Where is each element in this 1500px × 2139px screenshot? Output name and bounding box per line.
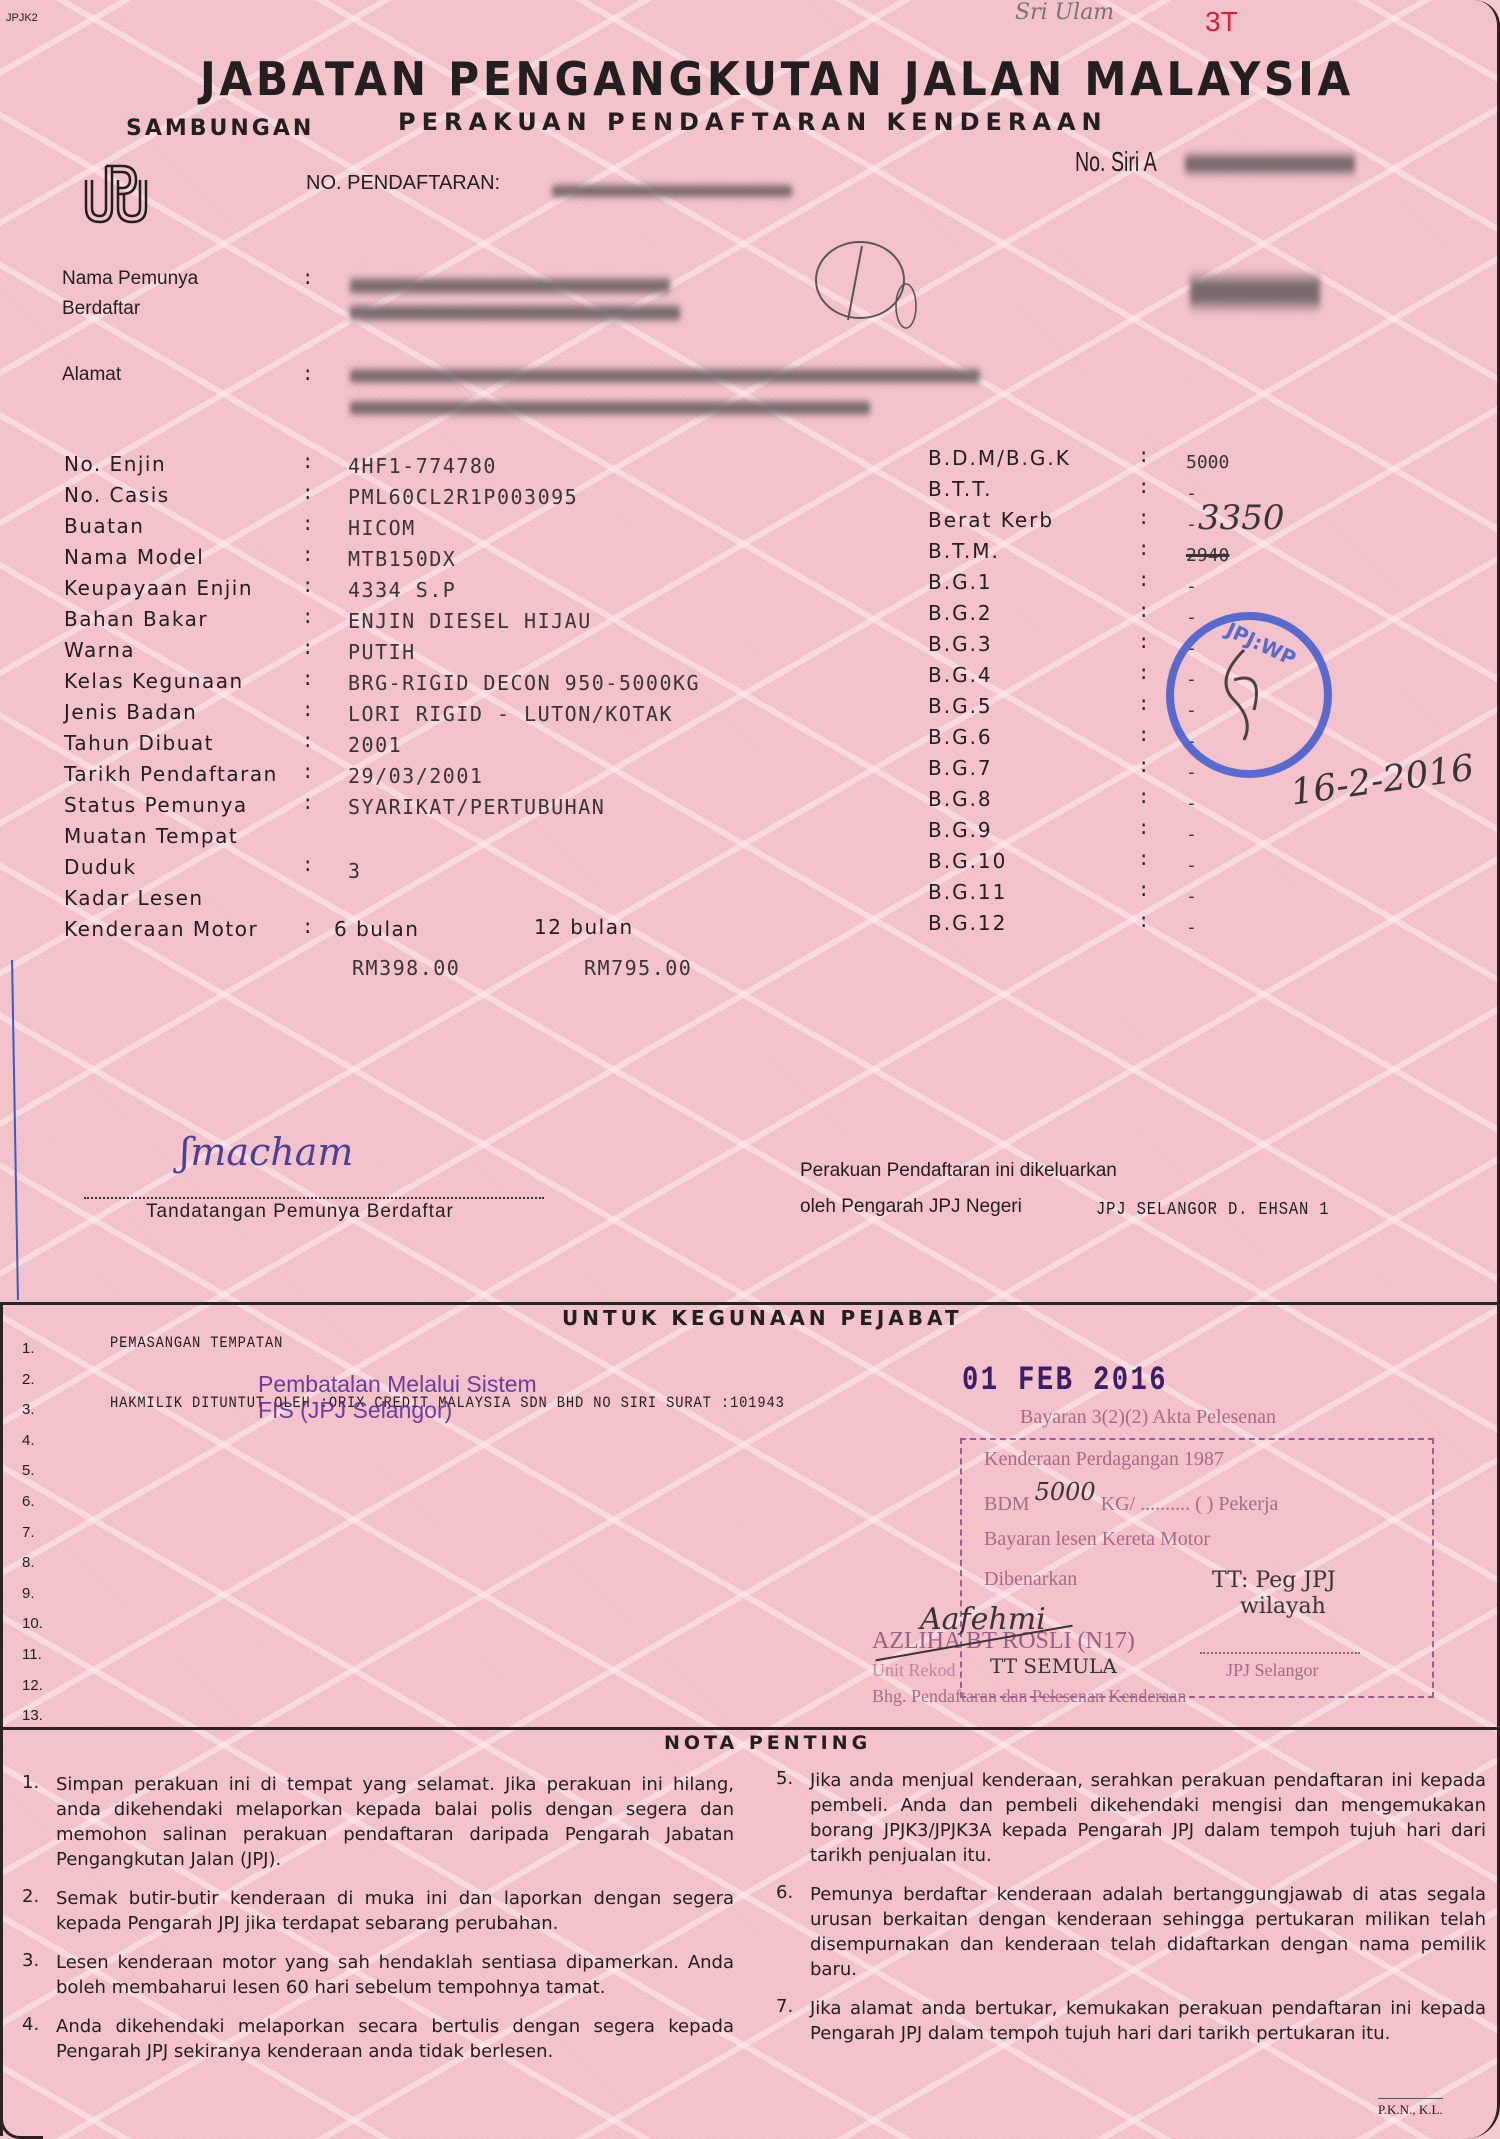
weight-label: B.G.10 (928, 849, 1007, 873)
note-number: 6. (776, 1882, 810, 1982)
bg-value: - (1186, 576, 1197, 597)
box-stamp-bdm-line: BDM 5000 KG/ .......... ( ) Pekerja (984, 1488, 1278, 1516)
weight-label: B.G.11 (928, 880, 1007, 904)
weight-label: B.G.12 (928, 911, 1007, 935)
box-stamp-line-4: Bayaran lesen Kereta Motor (984, 1528, 1210, 1551)
weight-label: B.T.T. (928, 477, 992, 501)
line-number: 8. (22, 1554, 62, 1585)
office-line-numbers: 1. 2. 3. 4. 5. 6. 7. 8. 9. 10. 11. 12. 1… (22, 1340, 62, 1738)
colon: : (1138, 508, 1149, 530)
license-period-12: 12 bulan (534, 915, 634, 939)
bg-value: - (1186, 917, 1197, 938)
bg-value: - (1186, 886, 1197, 907)
note-text: Jika alamat anda bertukar, kemukakan per… (810, 1996, 1486, 2046)
owner-name-label: Nama Pemunya (62, 268, 198, 290)
cancellation-stamp-line-2: FIS (JPJ Selangor) (258, 1398, 452, 1423)
field-label: Muatan Tempat (64, 824, 238, 848)
field-row-engine-capacity: Keupayaan Enjin:4334 S.P (64, 576, 764, 607)
weight-label: B.G.2 (928, 601, 993, 625)
bg-value: - (1186, 607, 1197, 628)
form-code: JPJK2 (6, 12, 38, 24)
line-number: 5. (22, 1462, 62, 1493)
colon: : (302, 514, 313, 536)
field-row-owner-status: Status Pemunya:SYARIKAT/PERTUBUHAN (64, 793, 764, 824)
body-type-value: LORI RIGID - LUTON/KOTAK (348, 702, 673, 726)
line-number: 3. (22, 1401, 62, 1432)
field-label: Keupayaan Enjin (64, 576, 253, 600)
page-title: JABATAN PENGANGKUTAN JALAN MALAYSIA (200, 52, 1354, 106)
weight-label: Berat Kerb (928, 508, 1054, 532)
colon: : (302, 483, 313, 505)
colon: : (302, 917, 313, 939)
colon: : (1138, 601, 1149, 623)
notes-left-column: 1.Simpan perakuan ini di tempat yang sel… (22, 1772, 734, 2078)
colon: : (1138, 756, 1149, 778)
field-row-make: Buatan:HICOM (64, 514, 764, 545)
vehicle-details-list: No. Enjin:4HF1-774780 No. Casis:PML60CL2… (64, 452, 764, 979)
handwritten-tt-line-2: wilayah (1240, 1594, 1326, 1619)
line-number: 4. (22, 1432, 62, 1463)
signature-label: Tandatangan Pemunya Berdaftar (146, 1201, 454, 1223)
pencil-annotation: Sri Ulam (1015, 0, 1114, 25)
address-label: Alamat (62, 364, 121, 386)
weight-label: B.G.5 (928, 694, 993, 718)
field-label: Tarikh Pendaftaran (64, 762, 278, 786)
owner-name-label-2: Berdaftar (62, 298, 140, 320)
field-row-seating-1: Muatan Tempat (64, 824, 764, 855)
field-row-seating-2: Duduk:3 (64, 855, 764, 886)
model-value: MTB150DX (348, 547, 456, 571)
issued-by-line-2: oleh Pengarah JPJ Negeri (800, 1196, 1022, 1218)
note-item: 2.Semak butir-butir kenderaan di muka in… (22, 1886, 734, 1936)
line-number: 7. (22, 1524, 62, 1555)
note-item: 6.Pemunya berdaftar kenderaan adalah ber… (776, 1882, 1486, 1982)
bg-value: - (1186, 762, 1197, 783)
weight-label: B.D.M/B.G.K (928, 446, 1071, 470)
office-use-heading: UNTUK KEGUNAAN PEJABAT (562, 1306, 963, 1330)
colon: : (302, 607, 313, 629)
colon: : (1138, 818, 1149, 840)
field-label: Jenis Badan (64, 700, 197, 724)
kerb-weight-value: - (1186, 514, 1197, 535)
sambungan-label: SAMBUNGAN (126, 116, 314, 141)
colon: : (302, 855, 313, 877)
owner-name-redacted (350, 275, 670, 297)
page-subtitle: PERAKUAN PENDAFTARAN KENDERAAN (398, 108, 1108, 136)
note-text: Pemunya berdaftar kenderaan adalah berta… (810, 1882, 1486, 1982)
owner-signature: ʃmacham (180, 1130, 353, 1174)
weight-row: B.G.10:- (928, 849, 1388, 880)
bdm-suffix: KG/ .......... ( ) Pekerja (1101, 1493, 1279, 1515)
seating-value: 3 (348, 859, 362, 883)
weight-row: B.G.9:- (928, 818, 1388, 849)
field-label: Kadar Lesen (64, 886, 204, 910)
field-label: Buatan (64, 514, 144, 538)
line-number: 10. (22, 1615, 62, 1646)
field-label: Tahun Dibuat (64, 731, 214, 755)
colour-value: PUTIH (348, 640, 416, 664)
line-number: 9. (22, 1585, 62, 1616)
field-row-year: Tahun Dibuat:2001 (64, 731, 764, 762)
registration-number-redacted (552, 182, 792, 200)
colon: : (302, 364, 313, 386)
issued-by-line-1: Perakuan Pendaftaran ini dikeluarkan (800, 1160, 1117, 1182)
weight-label: B.T.M. (928, 539, 1000, 563)
bdm-value: 5000 (1186, 452, 1229, 473)
engine-number-value: 4HF1-774780 (348, 454, 497, 478)
margin-pen-line (11, 960, 19, 1300)
officer-signature: Aafehmi (920, 1602, 1046, 1637)
line-number: 1. (22, 1340, 62, 1371)
weight-row: B.G.11:- (928, 880, 1388, 911)
colon: : (302, 700, 313, 722)
box-stamp-line-2: Kenderaan Perdagangan 1987 (984, 1448, 1224, 1471)
field-row-license-rate-2: Kenderaan Motor:6 bulan12 bulan (64, 917, 764, 948)
note-number: 7. (776, 1996, 810, 2046)
registration-number-label: NO. PENDAFTARAN: (306, 172, 500, 195)
cancellation-stamp-line-1: Pembatalan Melalui Sistem (258, 1372, 537, 1397)
make-value: HICOM (348, 516, 416, 540)
weight-label: B.G.6 (928, 725, 993, 749)
notes-right-column: 5.Jika anda menjual kenderaan, serahkan … (776, 1768, 1486, 2060)
note-text: Simpan perakuan ini di tempat yang selam… (56, 1772, 734, 1872)
weight-row: B.T.T.:- (928, 477, 1388, 508)
office-entry-1: PEMASANGAN TEMPATAN (110, 1334, 283, 1352)
colon: : (1138, 570, 1149, 592)
field-row-engine-no: No. Enjin:4HF1-774780 (64, 452, 764, 483)
colon: : (1138, 539, 1149, 561)
weight-row: B.T.M.:2940 (928, 539, 1388, 570)
weight-label: B.G.4 (928, 663, 993, 687)
usage-class-value: BRG-RIGID DECON 950-5000KG (348, 671, 700, 695)
kerb-weight-handwritten: 3350 (1198, 498, 1285, 538)
engine-capacity-value: 4334 S.P (348, 578, 456, 602)
field-label: Status Pemunya (64, 793, 248, 817)
note-text: Jika anda menjual kenderaan, serahkan pe… (810, 1768, 1486, 1868)
colon: : (1138, 446, 1149, 468)
weight-label: B.G.7 (928, 756, 993, 780)
colon: : (302, 731, 313, 753)
field-row-license-rate-1: Kadar Lesen (64, 886, 764, 917)
note-text: Anda dikehendaki melaporkan secara bertu… (56, 2014, 734, 2064)
weight-label: B.G.8 (928, 787, 993, 811)
weight-label: B.G.9 (928, 818, 993, 842)
handwritten-semula: TT SEMULA (990, 1654, 1117, 1678)
unit-stamp: Unit Rekod (872, 1660, 956, 1681)
box-stamp-line-5: Dibenarkan (984, 1568, 1077, 1591)
colon: : (302, 638, 313, 660)
colon: : (302, 793, 313, 815)
field-label: Nama Model (64, 545, 204, 569)
weight-row: B.G.2:- (928, 601, 1388, 632)
weight-row: B.D.M/B.G.K:5000 (928, 446, 1388, 477)
red-annotation: 3T (1205, 6, 1238, 38)
field-label: Kelas Kegunaan (64, 669, 244, 693)
jpj-selangor-stamp: JPJ Selangor (1226, 1660, 1319, 1681)
weight-label: B.G.1 (928, 570, 993, 594)
handwritten-tt-line-1: TT: Peg JPJ (1212, 1568, 1336, 1593)
line-number: 2. (22, 1371, 62, 1402)
pencil-circle-mark-icon (810, 232, 920, 332)
field-label: Kenderaan Motor (64, 917, 258, 941)
field-row-body-type: Jenis Badan:LORI RIGID - LUTON/KOTAK (64, 700, 764, 731)
bg-value: - (1186, 793, 1197, 814)
note-text: Semak butir-butir kenderaan di muka ini … (56, 1886, 734, 1936)
bdm-handwritten-value: 5000 (1035, 1478, 1096, 1506)
jpj-round-stamp-icon: JPJ:WP (1166, 612, 1332, 778)
signature-line (84, 1197, 544, 1199)
weight-label: B.G.3 (928, 632, 993, 656)
bdm-prefix: BDM (984, 1493, 1030, 1515)
colon: : (1138, 632, 1149, 654)
colon: : (1138, 725, 1149, 747)
weight-row: Berat Kerb:-3350 (928, 508, 1388, 539)
notes-divider (0, 1727, 1500, 1730)
jpj-logo-icon (82, 158, 152, 228)
owner-id-redacted (1190, 270, 1320, 314)
bottom-left-frame (0, 1727, 43, 2139)
colon: : (1138, 477, 1149, 499)
serial-number-label: No. Siri A (1075, 146, 1157, 178)
license-fee-6: RM398.00 (352, 956, 460, 980)
colon: : (302, 669, 313, 691)
stamp-dotted-line (1200, 1652, 1360, 1654)
note-item: 5.Jika anda menjual kenderaan, serahkan … (776, 1768, 1486, 1868)
field-row-registration-date: Tarikh Pendaftaran:29/03/2001 (64, 762, 764, 793)
field-label: Bahan Bakar (64, 607, 208, 631)
address-redacted-2 (350, 398, 870, 418)
colon: : (302, 576, 313, 598)
colon: : (1138, 849, 1149, 871)
notes-heading: NOTA PENTING (664, 1732, 871, 1754)
colon: : (302, 762, 313, 784)
division-stamp: Bhg. Pendaftaran dan Pelesenan Kenderaan (872, 1686, 1186, 1707)
note-item: 7.Jika alamat anda bertukar, kemukakan p… (776, 1996, 1486, 2046)
section-divider (0, 1302, 1500, 1305)
weight-row: B.G.12:- (928, 911, 1388, 942)
year-value: 2001 (348, 733, 402, 757)
fuel-value: ENJIN DIESEL HIJAU (348, 609, 592, 633)
owner-name-redacted-2 (350, 302, 680, 324)
date-stamp: 01 FEB 2016 (962, 1362, 1168, 1400)
colon: : (302, 452, 313, 474)
address-redacted (350, 366, 980, 386)
printer-mark: P.K.N., K.L. (1378, 2098, 1443, 2118)
colon: : (1138, 880, 1149, 902)
weight-row: B.G.1:- (928, 570, 1388, 601)
license-fee-12: RM795.00 (584, 956, 692, 980)
note-item: 4.Anda dikehendaki melaporkan secara ber… (22, 2014, 734, 2064)
bg-value: - (1186, 824, 1197, 845)
field-row-usage-class: Kelas Kegunaan:BRG-RIGID DECON 950-5000K… (64, 669, 764, 700)
line-number: 6. (22, 1493, 62, 1524)
colon: : (1138, 663, 1149, 685)
bg-value: - (1186, 855, 1197, 876)
field-label: Warna (64, 638, 135, 662)
note-item: 3.Lesen kenderaan motor yang sah hendakl… (22, 1950, 734, 2000)
note-number: 5. (776, 1768, 810, 1868)
owner-status-value: SYARIKAT/PERTUBUHAN (348, 795, 605, 819)
colon: : (1138, 911, 1149, 933)
field-label: No. Casis (64, 483, 170, 507)
line-number: 11. (22, 1646, 62, 1677)
field-label: No. Enjin (64, 452, 166, 476)
serial-number-redacted (1185, 150, 1355, 178)
colon: : (302, 268, 313, 290)
chassis-number-value: PML60CL2R1P003095 (348, 485, 578, 509)
registration-date-value: 29/03/2001 (348, 764, 483, 788)
note-text: Lesen kenderaan motor yang sah hendaklah… (56, 1950, 734, 2000)
field-row-model: Nama Model:MTB150DX (64, 545, 764, 576)
field-row-chassis-no: No. Casis:PML60CL2R1P003095 (64, 483, 764, 514)
colon: : (1138, 787, 1149, 809)
field-row-colour: Warna:PUTIH (64, 638, 764, 669)
btm-value-struck: 2940 (1186, 545, 1229, 566)
note-item: 1.Simpan perakuan ini di tempat yang sel… (22, 1772, 734, 1872)
field-row-fuel: Bahan Bakar:ENJIN DIESEL HIJAU (64, 607, 764, 638)
btt-value: - (1186, 483, 1197, 504)
field-row-license-fees: RM398.00RM795.00 (64, 948, 764, 979)
vehicle-registration-certificate: JPJK2 Sri Ulam 3T JABATAN PENGANGKUTAN J… (0, 0, 1500, 2139)
field-label: Duduk (64, 855, 137, 879)
license-period-6: 6 bulan (334, 917, 419, 941)
issuing-office: JPJ SELANGOR D. EHSAN 1 (1096, 1200, 1329, 1220)
box-stamp-line-1: Bayaran 3(2)(2) Akta Pelesenan (1020, 1406, 1276, 1429)
line-number: 12. (22, 1677, 62, 1708)
colon: : (1138, 694, 1149, 716)
colon: : (302, 545, 313, 567)
